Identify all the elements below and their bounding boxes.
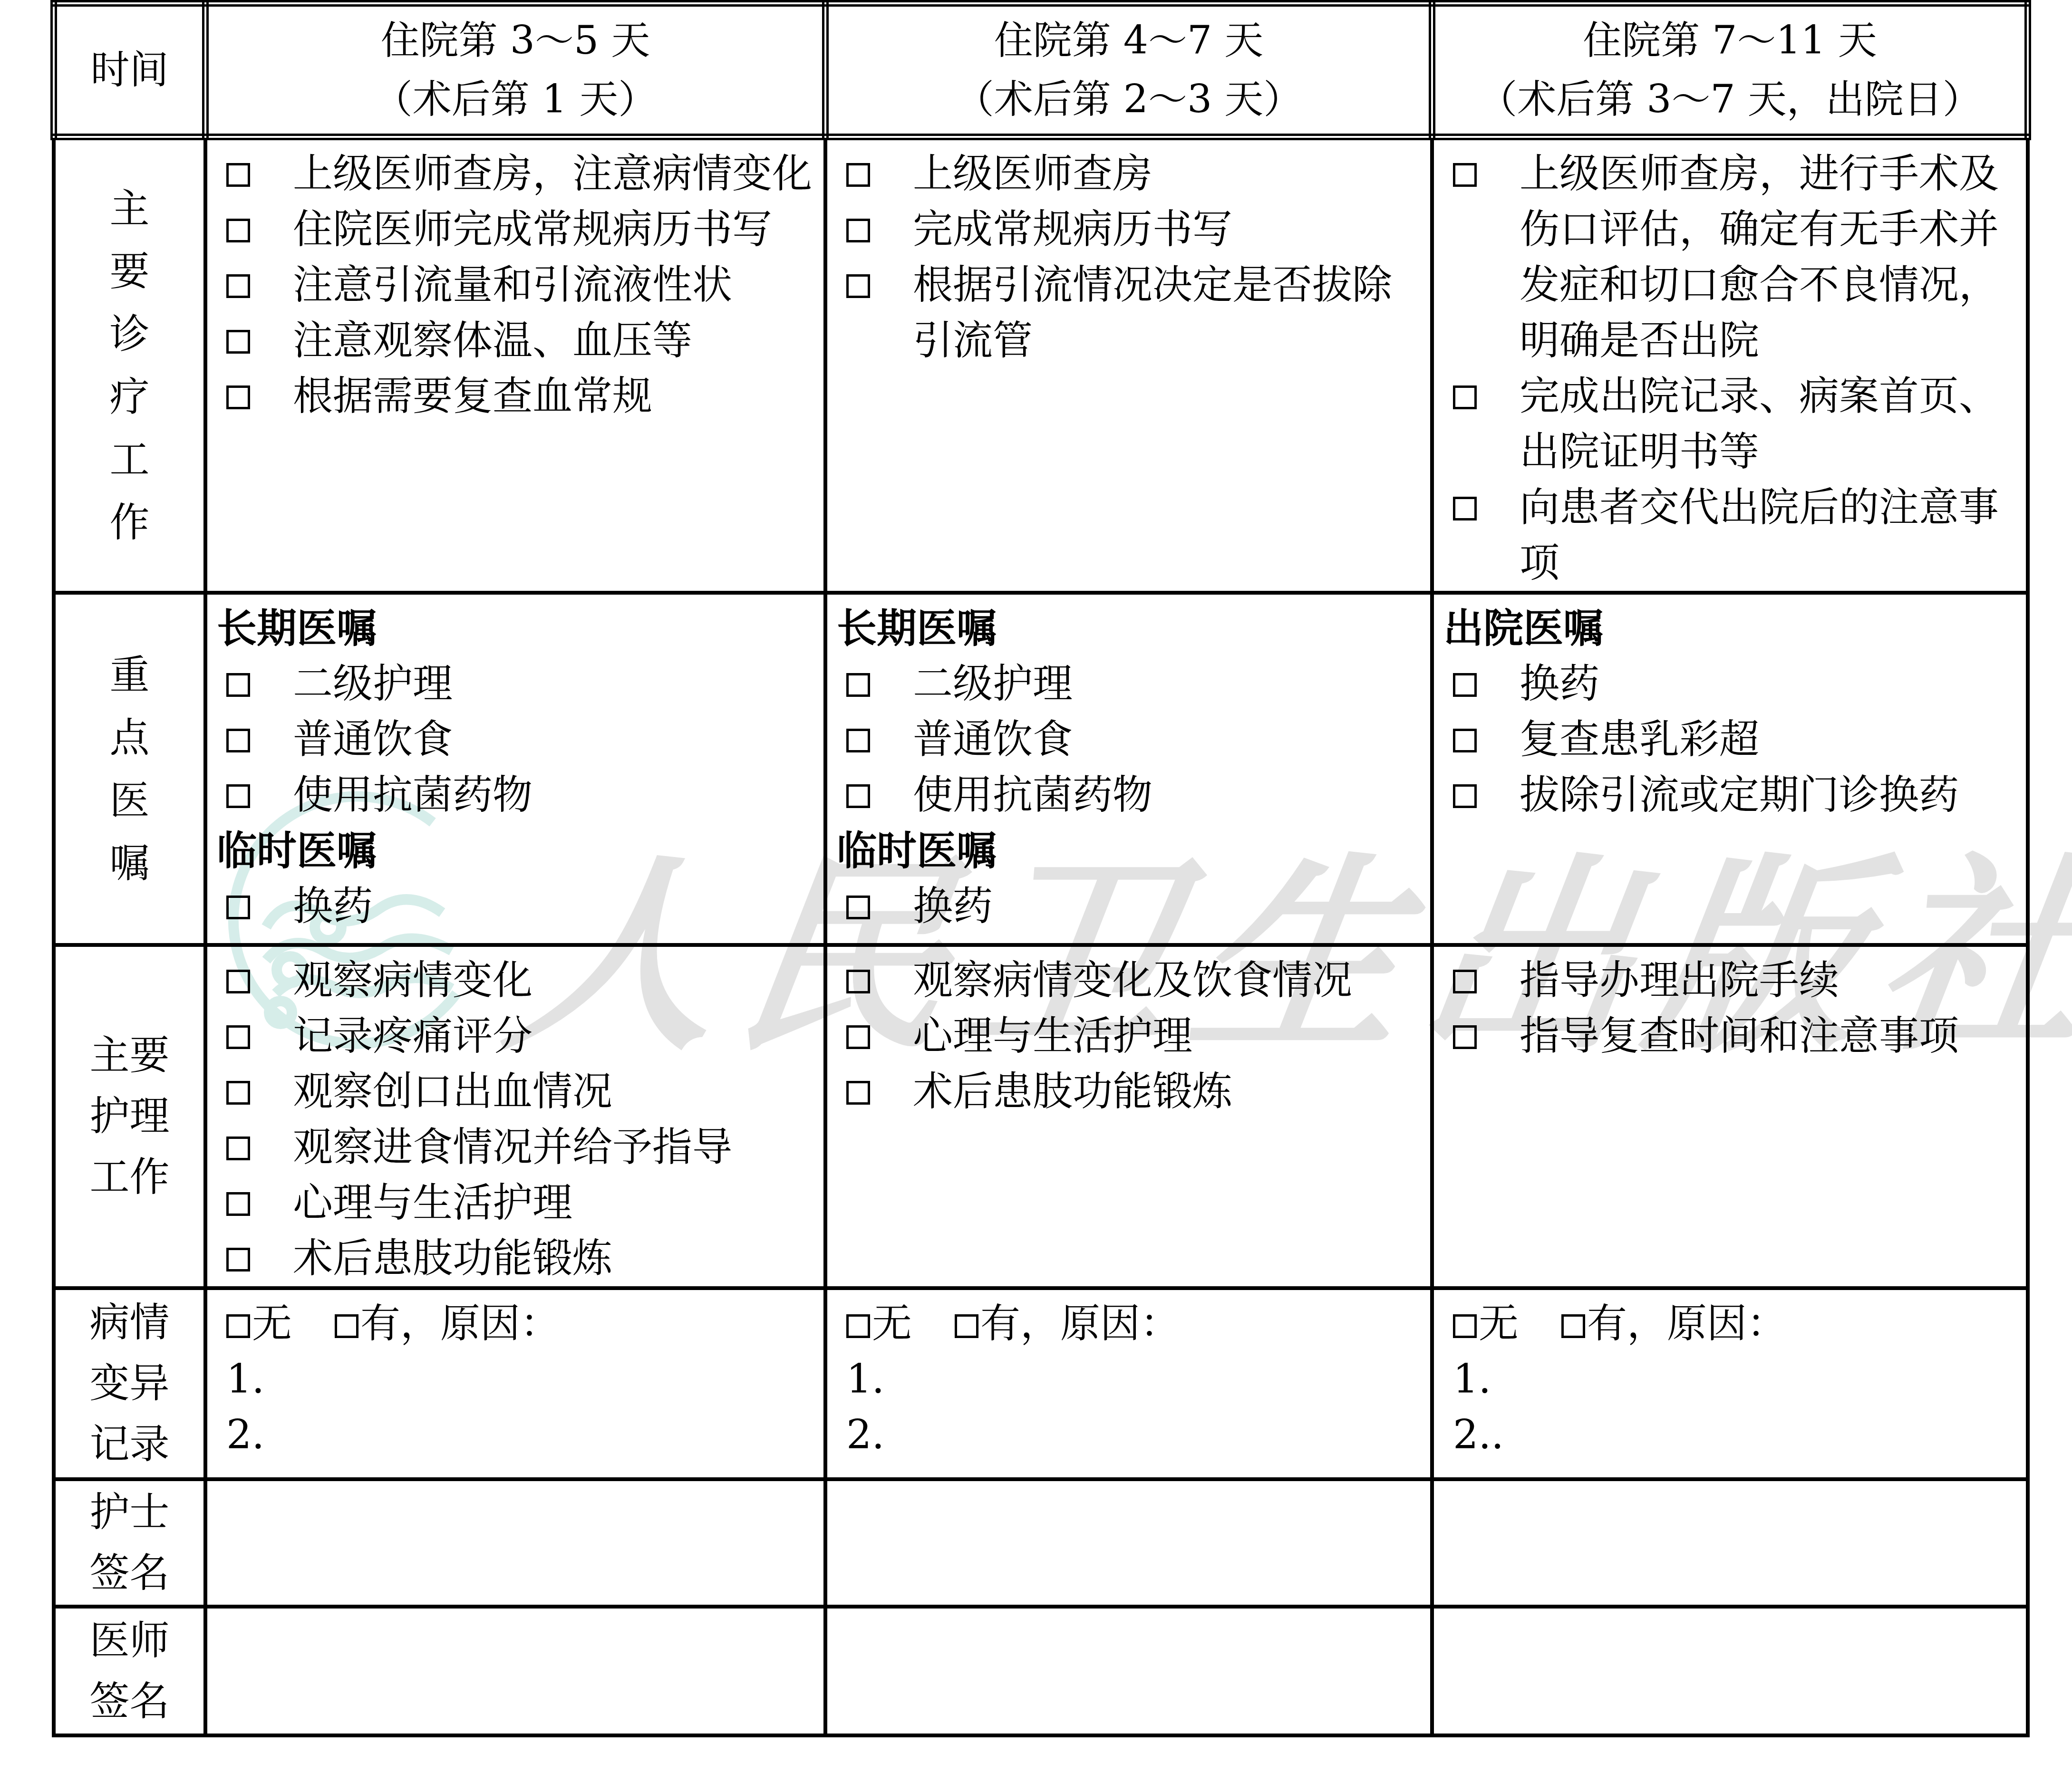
checklist-item[interactable]: 上级医师查房 (846, 146, 1421, 202)
checkbox[interactable] (1453, 385, 1477, 409)
checklist-item[interactable]: 观察进食情况并给予指导 (226, 1119, 814, 1175)
checkbox[interactable] (226, 896, 250, 919)
checkbox[interactable] (846, 274, 870, 298)
checklist-item[interactable]: 换药 (846, 878, 1421, 934)
checkbox[interactable] (226, 729, 250, 752)
none-label: 无 (1479, 1300, 1519, 1347)
variance-line-1[interactable]: 1. (846, 1351, 1421, 1407)
variance-line-1[interactable]: 1. (1453, 1351, 2016, 1407)
checkbox[interactable] (226, 1025, 250, 1049)
checkbox[interactable] (846, 896, 870, 919)
column-subtitle: （术后第 2～3 天） (829, 70, 1429, 129)
checklist-item[interactable]: 注意引流量和引流液性状 (226, 257, 814, 313)
checkbox-none[interactable] (846, 1314, 870, 1338)
nursing-work-row: 主要护理工作 观察病情变化 记录疼痛评分 观察创口出血情况 观察进食情况并给予指… (54, 945, 2028, 1288)
checkbox[interactable] (226, 219, 250, 242)
checklist-item[interactable]: 换药 (226, 878, 814, 934)
checkbox-yes[interactable] (955, 1314, 978, 1338)
checkbox[interactable] (226, 1192, 250, 1216)
checkbox[interactable] (846, 970, 870, 993)
checklist-item[interactable]: 上级医师查房，注意病情变化 (226, 146, 814, 202)
checklist-item[interactable]: 使用抗菌药物 (226, 767, 814, 823)
checklist-item[interactable]: 记录疼痛评分 (226, 1008, 814, 1064)
row-label-nurse-signature: 护士签名 (54, 1479, 205, 1607)
checklist-item[interactable]: 复查患乳彩超 (1453, 712, 2016, 767)
doctor-signature-row: 医师签名 (54, 1607, 2028, 1735)
checklist-item[interactable]: 术后患肢功能锻炼 (846, 1064, 1421, 1119)
checkbox[interactable] (226, 163, 250, 187)
variance-options: 无有，原因： (1453, 1296, 2016, 1351)
section-heading-discharge: 出院医嘱 (1443, 600, 2016, 656)
checkbox[interactable] (846, 1025, 870, 1049)
clinical-pathway-table: 时间 住院第 3～5 天 （术后第 1 天） 住院第 4～7 天 （术后第 2～… (50, 0, 2031, 1737)
variance-line-1[interactable]: 1. (226, 1351, 814, 1407)
checklist-item[interactable]: 观察病情变化及饮食情况 (846, 953, 1421, 1008)
column-subtitle: （术后第 3～7 天，出院日） (1435, 70, 2024, 129)
none-label: 无 (252, 1300, 292, 1347)
checklist-item[interactable]: 向患者交代出院后的注意事项 (1453, 480, 2016, 591)
checkbox[interactable] (226, 1248, 250, 1271)
variance-options: 无有，原因： (846, 1296, 1421, 1351)
key-orders-row: 重点医嘱 长期医嘱 二级护理 普通饮食 使用抗菌药物 临时医嘱 换药 长期医嘱 … (54, 593, 2028, 945)
checklist-item[interactable]: 使用抗菌药物 (846, 767, 1421, 823)
column-title: 住院第 4～7 天 (829, 11, 1429, 70)
time-label: 时间 (90, 48, 168, 93)
checklist-item[interactable]: 指导复查时间和注意事项 (1453, 1008, 2016, 1064)
checklist-item[interactable]: 二级护理 (226, 656, 814, 712)
variance-options: 无有，原因： (226, 1296, 814, 1351)
nurse-signature-row: 护士签名 (54, 1479, 2028, 1607)
checkbox[interactable] (846, 784, 870, 808)
row-label-diagnosis: 主要诊疗工作 (54, 137, 205, 593)
nurse-signature-field-col3[interactable] (1432, 1479, 2028, 1607)
checkbox[interactable] (226, 330, 250, 354)
column-title: 住院第 3～5 天 (209, 11, 822, 70)
orders-cell-col2: 长期医嘱 二级护理 普通饮食 使用抗菌药物 临时医嘱 换药 (825, 593, 1432, 945)
section-heading-temporary: 临时医嘱 (837, 823, 1421, 878)
checklist-item[interactable]: 心理与生活护理 (226, 1175, 814, 1231)
doctor-signature-field-col2[interactable] (825, 1607, 1432, 1735)
variance-cell-col1: 无有，原因： 1. 2. (205, 1288, 825, 1479)
checkbox-none[interactable] (1453, 1314, 1477, 1338)
column-subtitle: （术后第 1 天） (209, 70, 822, 129)
clinical-pathway-page: 人民卫生出版社 时间 住院第 3～5 天 （术后第 1 天） 住院第 4～7 天… (0, 0, 2072, 1782)
checklist-item[interactable]: 观察病情变化 (226, 953, 814, 1008)
checkbox[interactable] (846, 673, 870, 697)
nursing-cell-col2: 观察病情变化及饮食情况 心理与生活护理 术后患肢功能锻炼 (825, 945, 1432, 1288)
orders-cell-col3: 出院医嘱 换药 复查患乳彩超 拔除引流或定期门诊换药 (1432, 593, 2028, 945)
nurse-signature-field-col1[interactable] (205, 1479, 825, 1607)
section-heading-temporary: 临时医嘱 (217, 823, 814, 878)
variance-record-row: 病情变异记录 无有，原因： 1. 2. 无有，原因： 1. 2. 无有，原因： … (54, 1288, 2028, 1479)
nurse-signature-field-col2[interactable] (825, 1479, 1432, 1607)
row-label-doctor-signature: 医师签名 (54, 1607, 205, 1735)
doctor-signature-field-col1[interactable] (205, 1607, 825, 1735)
diagnosis-cell-col3: 上级医师查房，进行手术及伤口评估，确定有无手术并发症和切口愈合不良情况，明确是否… (1432, 137, 2028, 593)
header-row: 时间 住院第 3～5 天 （术后第 1 天） 住院第 4～7 天 （术后第 2～… (54, 3, 2028, 137)
checklist-item[interactable]: 根据需要复查血常规 (226, 368, 814, 424)
checkbox-yes[interactable] (335, 1314, 358, 1338)
checklist-item[interactable]: 普通饮食 (226, 712, 814, 767)
column-title: 住院第 7～11 天 (1435, 11, 2024, 70)
none-label: 无 (872, 1300, 912, 1347)
checklist-item[interactable]: 术后患肢功能锻炼 (226, 1231, 814, 1286)
checkbox[interactable] (226, 673, 250, 697)
checklist-item[interactable]: 完成出院记录、病案首页、出院证明书等 (1453, 368, 2016, 480)
diagnosis-treatment-row: 主要诊疗工作 上级医师查房，注意病情变化 住院医师完成常规病历书写 注意引流量和… (54, 137, 2028, 593)
row-label-variance: 病情变异记录 (54, 1288, 205, 1479)
column-header-day4-7: 住院第 4～7 天 （术后第 2～3 天） (825, 3, 1432, 137)
checklist-item[interactable]: 注意观察体温、血压等 (226, 313, 814, 368)
checkbox[interactable] (1453, 784, 1477, 808)
checkbox[interactable] (226, 1137, 250, 1160)
checkbox[interactable] (846, 219, 870, 242)
column-header-day3-5: 住院第 3～5 天 （术后第 1 天） (205, 3, 825, 137)
checklist-item[interactable]: 上级医师查房，进行手术及伤口评估，确定有无手术并发症和切口愈合不良情况，明确是否… (1453, 146, 2016, 368)
nursing-cell-col1: 观察病情变化 记录疼痛评分 观察创口出血情况 观察进食情况并给予指导 心理与生活… (205, 945, 825, 1288)
doctor-signature-field-col3[interactable] (1432, 1607, 2028, 1735)
checklist-item[interactable]: 住院医师完成常规病历书写 (226, 202, 814, 257)
yes-reason-label: 有，原因： (360, 1300, 560, 1347)
variance-line-2[interactable]: 2. (226, 1407, 814, 1463)
checkbox[interactable] (226, 1081, 250, 1105)
checkbox[interactable] (1453, 163, 1477, 187)
column-header-day7-11: 住院第 7～11 天 （术后第 3～7 天，出院日） (1432, 3, 2028, 137)
checkbox[interactable] (846, 729, 870, 752)
checklist-item[interactable]: 拔除引流或定期门诊换药 (1453, 767, 2016, 823)
checkbox[interactable] (1453, 497, 1477, 520)
checkbox[interactable] (1453, 729, 1477, 752)
checkbox-yes[interactable] (1561, 1314, 1585, 1338)
checklist-item[interactable]: 普通饮食 (846, 712, 1421, 767)
yes-reason-label: 有，原因： (1587, 1300, 1787, 1347)
variance-line-2[interactable]: 2. (846, 1407, 1421, 1463)
yes-reason-label: 有，原因： (980, 1300, 1180, 1347)
checklist-item[interactable]: 二级护理 (846, 656, 1421, 712)
section-heading-long-term: 长期医嘱 (217, 600, 814, 656)
time-header: 时间 (54, 3, 205, 137)
diagnosis-cell-col2: 上级医师查房 完成常规病历书写 根据引流情况决定是否拔除引流管 (825, 137, 1432, 593)
checklist-item[interactable]: 观察创口出血情况 (226, 1064, 814, 1119)
section-heading-long-term: 长期医嘱 (837, 600, 1421, 656)
checklist-item[interactable]: 指导办理出院手续 (1453, 953, 2016, 1008)
nursing-cell-col3: 指导办理出院手续 指导复查时间和注意事项 (1432, 945, 2028, 1288)
checklist-item[interactable]: 心理与生活护理 (846, 1008, 1421, 1064)
row-label-orders: 重点医嘱 (54, 593, 205, 945)
orders-cell-col1: 长期医嘱 二级护理 普通饮食 使用抗菌药物 临时医嘱 换药 (205, 593, 825, 945)
checklist-item[interactable]: 完成常规病历书写 (846, 202, 1421, 257)
variance-cell-col2: 无有，原因： 1. 2. (825, 1288, 1432, 1479)
checkbox[interactable] (226, 784, 250, 808)
checkbox[interactable] (226, 274, 250, 298)
checkbox[interactable] (226, 970, 250, 993)
variance-cell-col3: 无有，原因： 1. 2.. (1432, 1288, 2028, 1479)
diagnosis-cell-col1: 上级医师查房，注意病情变化 住院医师完成常规病历书写 注意引流量和引流液性状 注… (205, 137, 825, 593)
checkbox-none[interactable] (226, 1314, 250, 1338)
checkbox[interactable] (846, 163, 870, 187)
checkbox[interactable] (1453, 1025, 1477, 1049)
variance-line-2[interactable]: 2.. (1453, 1407, 2016, 1463)
checkbox[interactable] (846, 1081, 870, 1105)
checkbox[interactable] (226, 385, 250, 409)
checkbox[interactable] (1453, 970, 1477, 993)
checkbox[interactable] (1453, 673, 1477, 697)
checklist-item[interactable]: 根据引流情况决定是否拔除引流管 (846, 257, 1421, 368)
row-label-nursing: 主要护理工作 (54, 945, 205, 1288)
checklist-item[interactable]: 换药 (1453, 656, 2016, 712)
